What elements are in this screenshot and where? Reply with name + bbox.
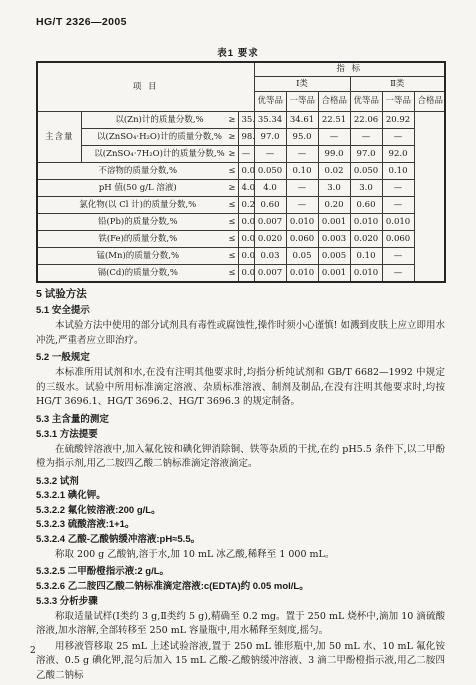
cell-value: 0.05 xyxy=(286,248,318,265)
clause-5-3-2-5: 5.3.2.5 二甲酚橙指示液:2 g/L。 xyxy=(36,566,445,577)
document-page: HG/T 2326—2005 表1 要求 项 目 指 标 Ⅰ类 Ⅱ类 优等品 一… xyxy=(0,0,476,685)
header-class-2: Ⅱ类 xyxy=(350,77,445,92)
item-text: 以(ZnSO₄·H₂O)计的质量分数,% xyxy=(97,132,222,142)
item-text: 以(ZnSO₄·7H₂O)计的质量分数,% xyxy=(94,149,224,159)
comparison-symbol: ≥ xyxy=(228,184,235,193)
cell-value: 0.10 xyxy=(350,248,382,265)
header-item: 项 目 xyxy=(37,62,254,112)
cell-value: — xyxy=(382,129,414,146)
comparison-symbol: ≤ xyxy=(228,167,235,176)
cell-value: 0.010 xyxy=(286,265,318,283)
section-heading-5-2: 5.2 一般规定 xyxy=(36,352,445,363)
cell-value: 0.003 xyxy=(318,231,350,248)
item-text: pH 值(50 g/L 溶液) xyxy=(99,183,177,193)
row-item: 铁(Fe)的质量分数,% ≤ xyxy=(37,231,238,248)
cell-value: 97.0 xyxy=(254,129,286,146)
table-row: 不溶物的质量分数,% ≤ 0.020 0.050 0.10 0.02 0.050… xyxy=(37,163,445,180)
clause-5-3-2-6: 5.3.2.6 乙二胺四乙酸二钠标准滴定溶液:c(EDTA)约 0.05 mol… xyxy=(36,581,445,592)
table-row: 以(ZnSO₄·H₂O)计的质量分数,% ≥ 98.0 97.0 95.0 — … xyxy=(37,129,445,146)
table-row: 铁(Fe)的质量分数,% ≤ 0.008 0.020 0.060 0.003 0… xyxy=(37,231,445,248)
cell-value: — xyxy=(318,129,350,146)
row-item: 镉(Cd)的质量分数,% ≤ xyxy=(37,265,238,283)
cell-value: 4.0 xyxy=(254,180,286,197)
paragraph-analysis-step-1: 称取适量试样(Ⅰ类约 3 g,Ⅱ类约 5 g),精确至 0.2 mg。置于 25… xyxy=(36,610,445,639)
cell-value: 0.010 xyxy=(286,214,318,231)
cell-value: 0.050 xyxy=(350,163,382,180)
section-heading-5-3-3: 5.3.3 分析步骤 xyxy=(36,596,445,607)
cell-value: 3.0 xyxy=(350,180,382,197)
cell-value: 4.0 xyxy=(238,180,254,197)
table-row: 氯化物(以 Cl 计)的质量分数,% ≤ 0.20 0.60 — 0.20 0.… xyxy=(37,197,445,214)
cell-value: 35.34 xyxy=(254,112,286,129)
paragraph-general: 本标准所用试剂和水,在没有注明其他要求时,均指分析纯试剂和 GB/T 6682—… xyxy=(36,366,445,410)
cell-value: 0.03 xyxy=(254,248,286,265)
group-label: 主含量 xyxy=(37,112,81,163)
paragraph-method-summary: 在硫酸锌溶液中,加入氟化铵和碘化钾消除铜、铁等杂质的干扰,在约 pH5.5 条件… xyxy=(36,443,445,472)
section-heading-5-3-1: 5.3.1 方法提要 xyxy=(36,429,445,440)
comparison-symbol: ≤ xyxy=(228,201,235,210)
item-text: 铅(Pb)的质量分数,% xyxy=(98,217,178,227)
cell-value: — xyxy=(238,146,254,163)
cell-value: 98.0 xyxy=(238,129,254,146)
cell-value: 0.020 xyxy=(238,163,254,180)
item-text: 铁(Fe)的质量分数,% xyxy=(98,234,177,244)
body-text: 5 试验方法 5.1 安全提示 本试验方法中使用的部分试剂具有毒性或腐蚀性,操作… xyxy=(36,284,445,684)
table-row: 锰(Mn)的质量分数,% ≤ 0.01 0.03 0.05 0.005 0.10… xyxy=(37,248,445,265)
header-grade: 优等品 xyxy=(254,92,286,112)
cell-value: 0.10 xyxy=(382,163,414,180)
cell-value: 0.060 xyxy=(382,231,414,248)
item-text: 以(Zn)计的质量分数,% xyxy=(115,115,203,125)
row-item: 铅(Pb)的质量分数,% ≤ xyxy=(37,214,238,231)
cell-value: 0.050 xyxy=(254,163,286,180)
cell-value: 34.61 xyxy=(286,112,318,129)
paragraph-analysis-step-2: 用移液管移取 25 mL 上述试验溶液,置于 250 mL 锥形瓶中,加 50 … xyxy=(36,640,445,684)
cell-value: 0.001 xyxy=(318,214,350,231)
table-row: pH 值(50 g/L 溶液) ≥ 4.0 4.0 — 3.0 3.0 — xyxy=(37,180,445,197)
cell-value: 35.70 xyxy=(238,112,254,129)
section-heading-5-3-2: 5.3.2 试剂 xyxy=(36,476,445,487)
cell-value: — xyxy=(254,146,286,163)
page-number: 2 xyxy=(30,646,36,656)
cell-value: 0.010 xyxy=(350,214,382,231)
cell-value: 0.002 xyxy=(238,214,254,231)
item-text: 锰(Mn)的质量分数,% xyxy=(96,251,179,261)
cell-value: — xyxy=(382,265,414,283)
section-heading-5-1: 5.1 安全提示 xyxy=(36,305,445,316)
comparison-symbol: ≤ xyxy=(228,252,235,261)
comparison-symbol: ≥ xyxy=(228,150,235,159)
row-item: 锰(Mn)的质量分数,% ≤ xyxy=(37,248,238,265)
row-item: 氯化物(以 Cl 计)的质量分数,% ≤ xyxy=(37,197,238,214)
cell-value: 0.010 xyxy=(382,214,414,231)
header-grade: 合格品 xyxy=(318,92,350,112)
table-title: 表1 要求 xyxy=(0,45,476,59)
header-grade: 合格品 xyxy=(414,92,445,112)
cell-value: 0.60 xyxy=(350,197,382,214)
row-item: pH 值(50 g/L 溶液) ≥ xyxy=(37,180,238,197)
item-text: 镉(Cd)的质量分数,% xyxy=(98,268,178,278)
cell-value: — xyxy=(382,197,414,214)
cell-value: 0.060 xyxy=(286,231,318,248)
item-text: 氯化物(以 Cl 计)的质量分数,% xyxy=(79,200,196,210)
cell-value: 0.10 xyxy=(286,163,318,180)
cell-value: 0.007 xyxy=(254,214,286,231)
row-item: 以(ZnSO₄·7H₂O)计的质量分数,% ≥ xyxy=(81,146,238,163)
comparison-symbol: ≤ xyxy=(228,218,235,227)
table-row: 以(ZnSO₄·7H₂O)计的质量分数,% ≥ — — — 99.0 97.0 … xyxy=(37,146,445,163)
cell-value: — xyxy=(286,146,318,163)
cell-value: 99.0 xyxy=(318,146,350,163)
cell-value: 95.0 xyxy=(286,129,318,146)
comparison-symbol: ≥ xyxy=(228,116,235,125)
cell-value: 0.020 xyxy=(350,231,382,248)
cell-value: — xyxy=(286,197,318,214)
doc-number: HG/T 2326—2005 xyxy=(36,16,127,28)
cell-value: 0.002 xyxy=(238,265,254,283)
row-item: 以(ZnSO₄·H₂O)计的质量分数,% ≥ xyxy=(81,129,238,146)
requirements-table: 项 目 指 标 Ⅰ类 Ⅱ类 优等品 一等品 合格品 优等品 一等品 合格品 主含… xyxy=(36,61,446,283)
header-indicator: 指 标 xyxy=(254,62,445,77)
paragraph-safety: 本试验方法中使用的部分试剂具有毒性或腐蚀性,操作时须小心谨慎! 如溅到皮肤上应立… xyxy=(36,319,445,348)
table-header-row-indicator: 项 目 指 标 xyxy=(37,62,445,77)
cell-value: 0.020 xyxy=(254,231,286,248)
cell-value: — xyxy=(382,180,414,197)
clause-5-3-2-1: 5.3.2.1 碘化钾。 xyxy=(36,490,445,501)
cell-value: 0.60 xyxy=(254,197,286,214)
cell-value: 20.92 xyxy=(382,112,414,129)
cell-value: 22.51 xyxy=(318,112,350,129)
comparison-symbol: ≥ xyxy=(228,133,235,142)
cell-value: 0.005 xyxy=(318,248,350,265)
header-grade: 一等品 xyxy=(286,92,318,112)
cell-value: 0.20 xyxy=(318,197,350,214)
cell-value: 0.008 xyxy=(238,231,254,248)
section-heading-5-3: 5.3 主含量的测定 xyxy=(36,414,445,425)
cell-value: 0.01 xyxy=(238,248,254,265)
section-heading-5: 5 试验方法 xyxy=(36,288,445,300)
header-grade: 一等品 xyxy=(382,92,414,112)
cell-value: 92.0 xyxy=(382,146,414,163)
comparison-symbol: ≤ xyxy=(228,269,235,278)
table-row: 镉(Cd)的质量分数,% ≤ 0.002 0.007 0.010 0.001 0… xyxy=(37,265,445,283)
header-grade: 优等品 xyxy=(350,92,382,112)
comparison-symbol: ≤ xyxy=(228,235,235,244)
cell-value: 0.20 xyxy=(238,197,254,214)
cell-value: — xyxy=(382,248,414,265)
header-class-1: Ⅰ类 xyxy=(254,77,350,92)
cell-value: 0.02 xyxy=(318,163,350,180)
cell-value: 0.010 xyxy=(350,265,382,283)
table-row: 主含量 以(Zn)计的质量分数,% ≥ 35.70 35.34 34.61 22… xyxy=(37,112,445,129)
cell-value: 3.0 xyxy=(318,180,350,197)
row-item: 以(Zn)计的质量分数,% ≥ xyxy=(81,112,238,129)
paragraph-buffer-prep: 称取 200 g 乙酸钠,溶于水,加 10 mL 冰乙酸,稀释至 1 000 m… xyxy=(36,548,445,563)
clause-5-3-2-4: 5.3.2.4 乙酸-乙酸钠缓冲溶液:pH≈5.5。 xyxy=(36,534,445,545)
cell-value: — xyxy=(350,129,382,146)
cell-value: 97.0 xyxy=(350,146,382,163)
cell-value: — xyxy=(286,180,318,197)
cell-value: 22.06 xyxy=(350,112,382,129)
cell-value: 0.007 xyxy=(254,265,286,283)
clause-5-3-2-3: 5.3.2.3 硫酸溶液:1+1。 xyxy=(36,519,445,530)
clause-5-3-2-2: 5.3.2.2 氟化铵溶液:200 g/L。 xyxy=(36,505,445,516)
row-item: 不溶物的质量分数,% ≤ xyxy=(37,163,238,180)
item-text: 不溶物的质量分数,% xyxy=(98,166,177,176)
cell-value: 0.001 xyxy=(318,265,350,283)
table-row: 铅(Pb)的质量分数,% ≤ 0.002 0.007 0.010 0.001 0… xyxy=(37,214,445,231)
